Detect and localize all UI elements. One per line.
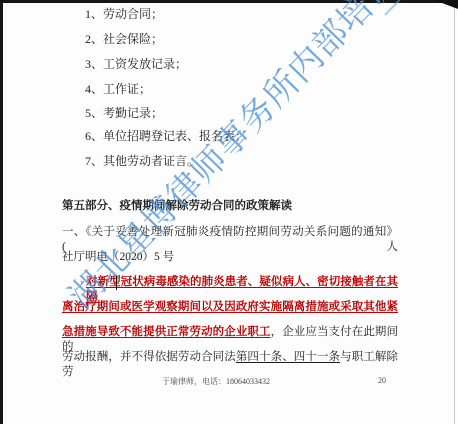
- page-number: 20: [378, 376, 386, 385]
- text-cursor: [116, 276, 117, 290]
- body-line-4-pre: 劳动报酬，并不得依据劳动合同法: [62, 351, 236, 363]
- red-paragraph-line-2[interactable]: 离治疗期间或医学观察期间以及因政府实施隔离措施或采取其他紧: [62, 300, 398, 315]
- red-paragraph-line-3-red: 急措施导致不能提供正常劳动的企业职工: [62, 326, 271, 338]
- footer-contact: 于瑜律师，电话：18064033432: [162, 376, 270, 387]
- list-item[interactable]: 1、劳动合同；: [85, 7, 163, 22]
- frame-edge-left: [0, 0, 3, 424]
- list-item[interactable]: 2、社会保险；: [85, 32, 163, 47]
- notice-line-2[interactable]: 社厅明电（2020）5 号: [62, 250, 398, 265]
- list-item[interactable]: 5、考勤记录；: [85, 106, 163, 121]
- list-item[interactable]: 3、工资发放记录；: [85, 57, 187, 72]
- frame-edge-top: [0, 0, 458, 3]
- body-line-4-underlined: 第四十条、四十一条: [236, 351, 340, 363]
- document-page: 1、劳动合同； 2、社会保险； 3、工资发放记录； 4、工作证； 5、考勤记录；…: [0, 0, 458, 424]
- list-item[interactable]: 4、工作证；: [85, 82, 151, 97]
- list-item[interactable]: 6、单位招聘登记表、报名表；: [85, 129, 247, 144]
- frame-corner-mark: [434, 0, 458, 9]
- list-item[interactable]: 7、其他劳动者证言。: [85, 154, 199, 169]
- section-heading[interactable]: 第五部分、疫情期间解除劳动合同的政策解读: [62, 199, 398, 214]
- page-right-border: [454, 0, 455, 424]
